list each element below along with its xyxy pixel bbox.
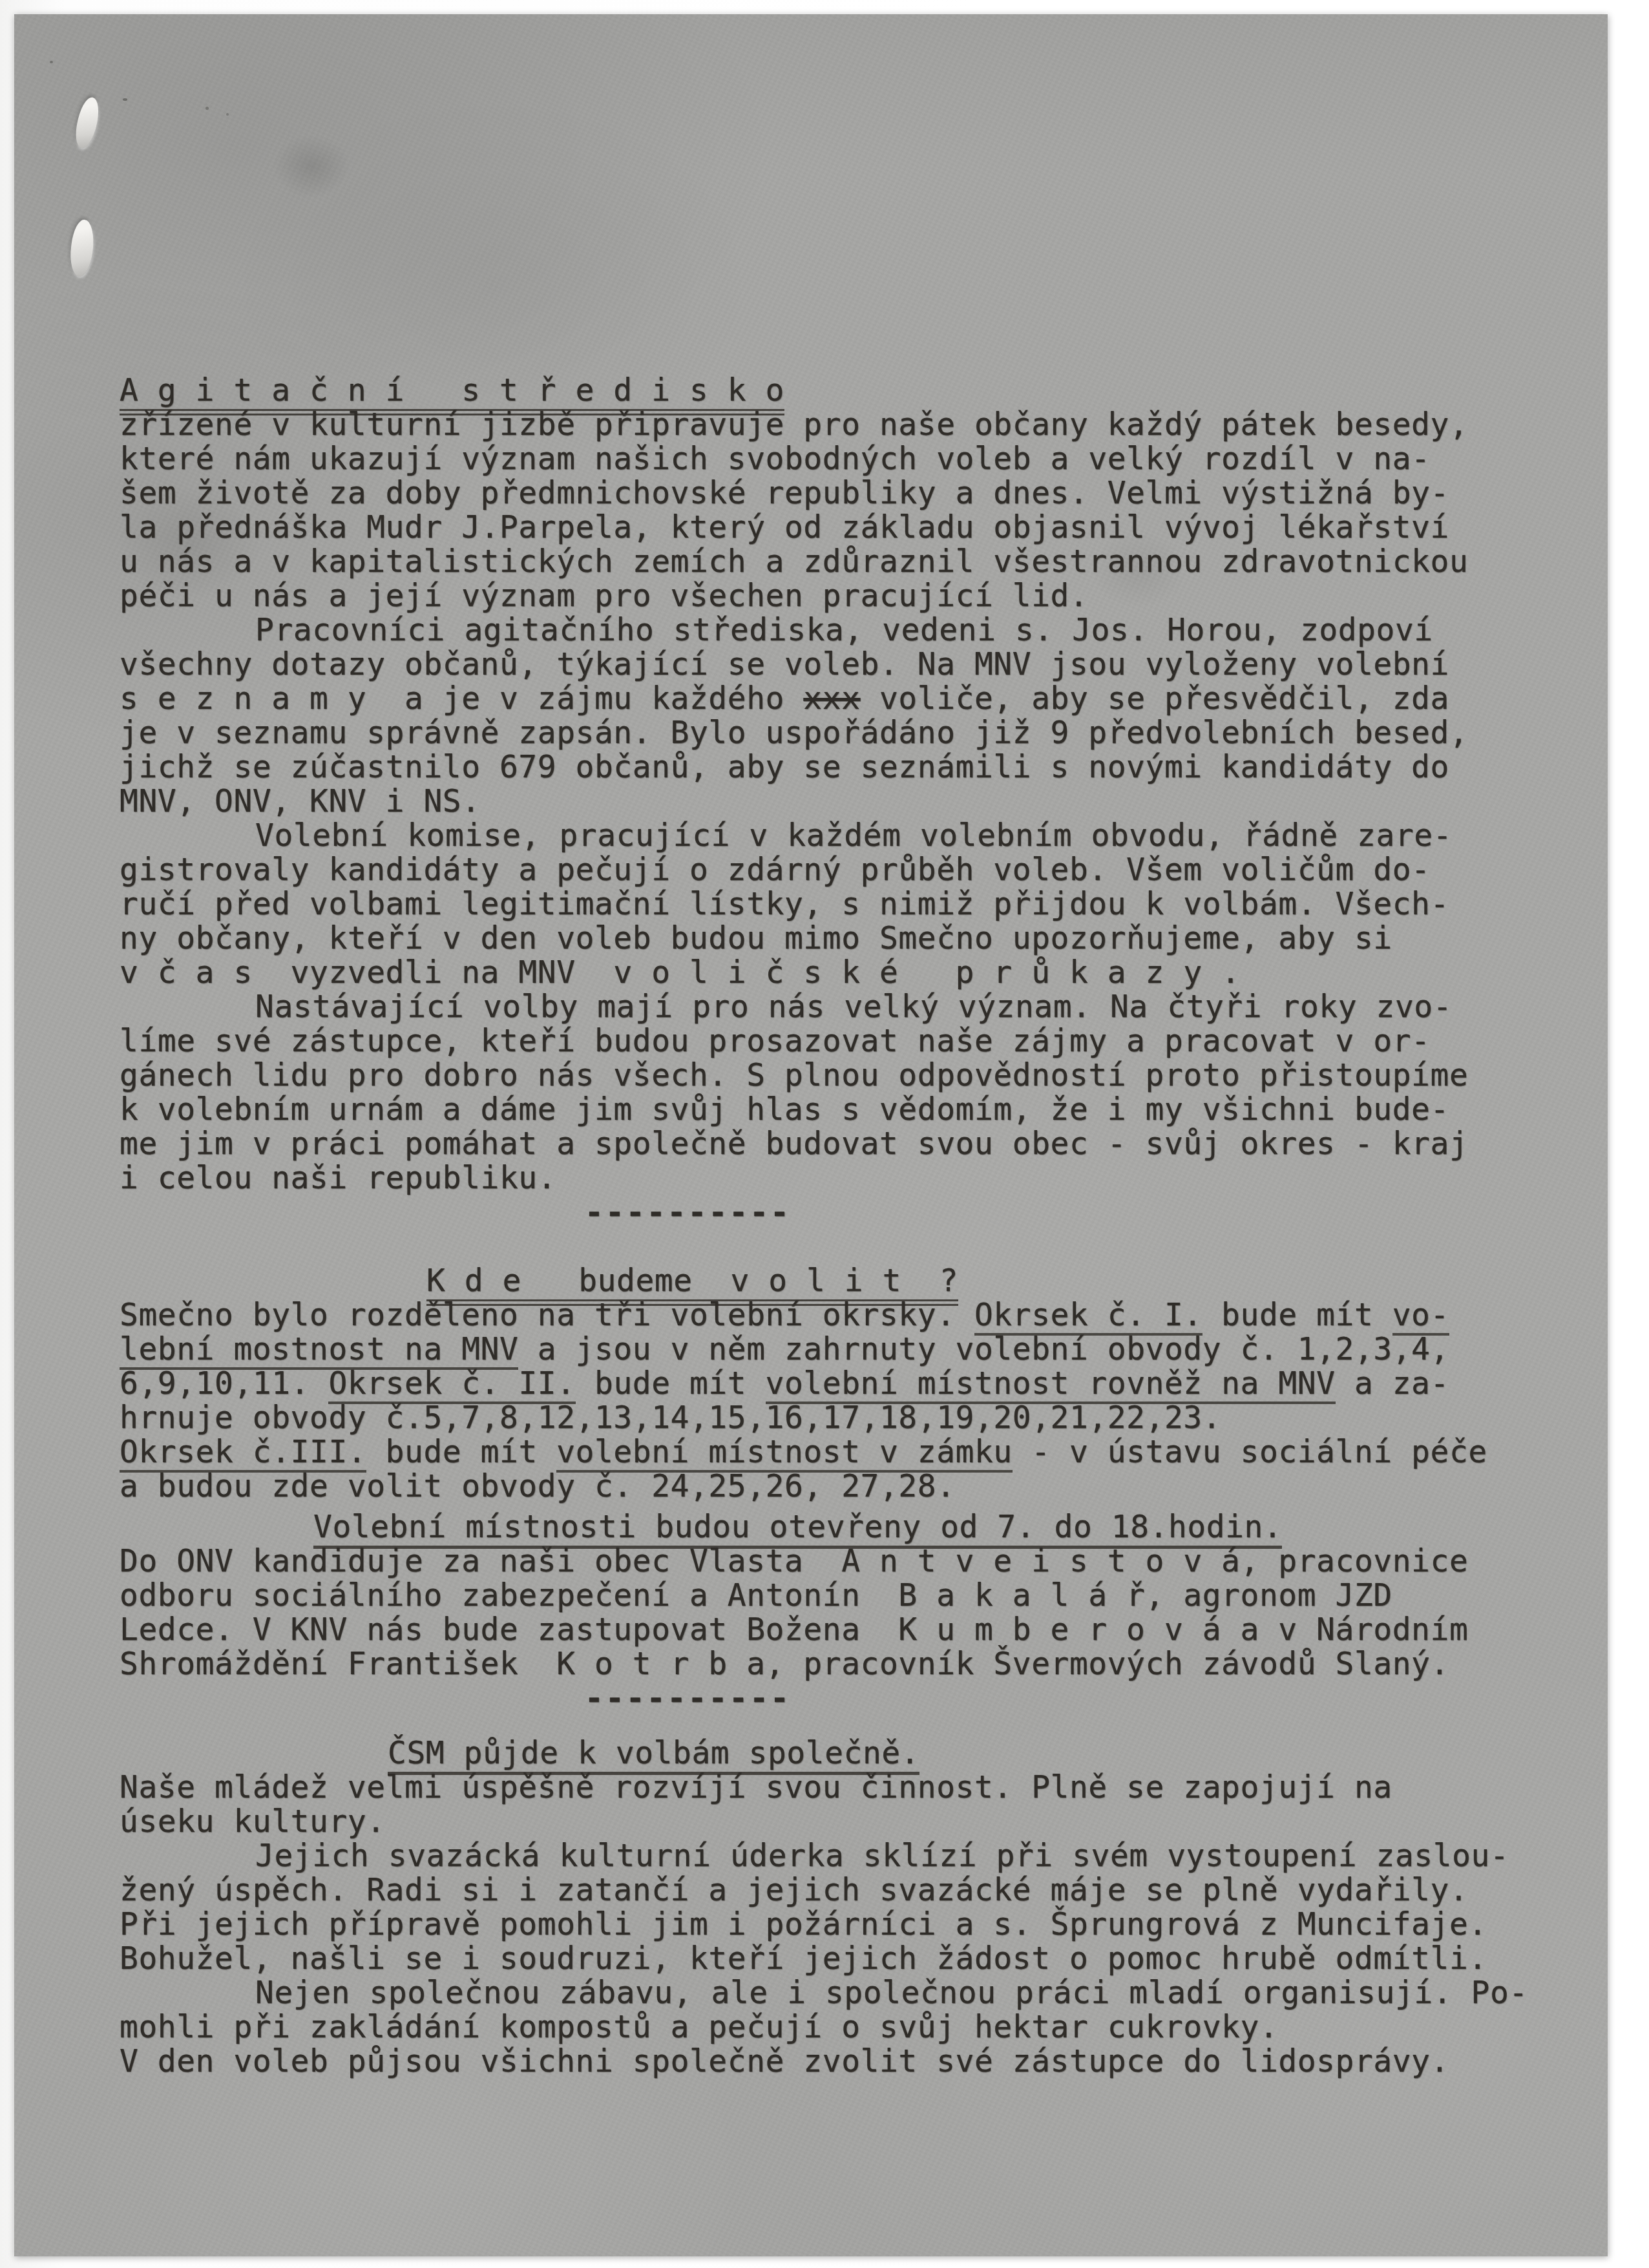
separator-1: ---------- [120, 1195, 1567, 1230]
para-mladez-line: úseku kultury. [120, 1805, 1567, 1839]
text-segment: Volební komise, pracující v každém voleb… [255, 817, 1452, 854]
para-agitacni-stredisko-line: u nás a v kapitalistických zemích a zdůr… [120, 545, 1567, 579]
heading-agitacni-stredisko: A g i t a č n í s t ř e d i s k o [120, 373, 1567, 408]
text-segment: i celou naši republiku. [120, 1160, 556, 1196]
heading-kde-budeme-volit: K d e budeme v o l i t ? [120, 1264, 1567, 1298]
scan-background: A g i t a č n í s t ř e d i s k ozřízené… [0, 0, 1649, 2268]
text-segment: je v seznamu správně zapsán. Bylo uspořá… [120, 715, 1468, 751]
text-segment: Smečno bylo rozděleno na tři volební okr… [120, 1297, 974, 1333]
text-segment: gistrovaly kandidáty a pečují o zdárný p… [120, 852, 1431, 888]
text-segment: zřízené v kulturní jizbě připravuje pro … [120, 406, 1468, 443]
text-segment: šem životě za doby předmnichovské republ… [120, 475, 1449, 511]
para-okrsky-line: Smečno bylo rozděleno na tři volební okr… [120, 1298, 1567, 1332]
heading-volebni-mistnosti: Volební místnosti budou otevřeny od 7. d… [120, 1510, 1567, 1544]
para-uderka-line: Bohužel, našli se i soudruzi, kteří jeji… [120, 1942, 1567, 1976]
text-segment: které nám ukazují význam našich svobodný… [120, 441, 1431, 477]
text-segment: bude mít [366, 1434, 556, 1470]
scanned-page: A g i t a č n í s t ř e d i s k ozřízené… [14, 14, 1608, 2256]
text-segment: Ledce. V KNV nás bude zastupovat Božena … [120, 1612, 1468, 1648]
underlined-text: vo- [1392, 1297, 1449, 1336]
para-kandidati-line: Do ONV kandiduje za naši obec Vlasta A n… [120, 1544, 1567, 1579]
para-pracovnici-line: MNV, ONV, KNV i NS. [120, 784, 1567, 819]
struck-text: xxx [803, 680, 860, 717]
text-segment: Do ONV kandiduje za naši obec Vlasta A n… [120, 1543, 1468, 1579]
text-segment: a jsou v něm zahrnuty volební obvody č. … [518, 1331, 1449, 1367]
text-segment: - v ústavu sociální péče [1013, 1434, 1487, 1470]
para-okrsky-line: hrnuje obvody č.5,7,8,12,13,14,15,16,17,… [120, 1401, 1567, 1435]
para-pracovnici-line: jichž se zúčastnilo 679 občanů, aby se s… [120, 750, 1567, 784]
para-agitacni-stredisko-line: péči u nás a její význam pro všechen pra… [120, 579, 1567, 613]
para-agitacni-stredisko-line: šem životě za doby předmnichovské republ… [120, 476, 1567, 510]
para-agitacni-stredisko-line: které nám ukazují význam našich svobodný… [120, 442, 1567, 476]
para-mladez-line: Naše mládež velmi úspěšně rozvíjí svou č… [120, 1770, 1567, 1805]
text-segment: všechny dotazy občanů, týkající se voleb… [120, 646, 1449, 682]
para-volebni-komise-line: v č a s vyzvedli na MNV v o l i č s k é … [120, 956, 1567, 990]
text-segment: Naše mládež velmi úspěšně rozvíjí svou č… [120, 1769, 1392, 1805]
text-segment: mohli při zakládání kompostů a pečují o … [120, 2009, 1278, 2045]
text-segment: la přednáška Mudr J.Parpela, který od zá… [120, 509, 1449, 545]
text-segment: odboru sociálního zabezpečení a Antonín … [120, 1577, 1392, 1613]
text-segment: péči u nás a její význam pro všechen pra… [120, 578, 1088, 614]
text-segment: 6,9,10,11. [120, 1365, 328, 1402]
text-segment: Shromáždění František K o t r b a, praco… [120, 1646, 1449, 1682]
text-segment: Pracovníci agitačního střediska, vedeni … [255, 612, 1433, 648]
underlined-text: lební mostnost na MNV [120, 1331, 518, 1370]
underlined-text: Okrsek č. II. [328, 1365, 575, 1404]
heading-csm: ČSM půjde k volbám společně. [120, 1736, 1567, 1770]
para-volebni-komise-line: ručí před volbami legitimační lístky, s … [120, 887, 1567, 921]
para-agitacni-stredisko-line: la přednáška Mudr J.Parpela, který od zá… [120, 510, 1567, 545]
para-kandidati-line: Shromáždění František K o t r b a, praco… [120, 1647, 1567, 1681]
para-kandidati-line: Ledce. V KNV nás bude zastupovat Božena … [120, 1613, 1567, 1647]
text-segment: žený úspěch. Radi si i zatančí a jejich … [120, 1872, 1468, 1908]
text-segment: úseku kultury. [120, 1803, 386, 1840]
para-pracovnici-line: s e z n a m y a je v zájmu každého xxx v… [120, 682, 1567, 716]
text-segment: s e z n a m y a je v zájmu každého [120, 680, 803, 717]
para-nastavajici-volby-line: gánech lidu pro dobro nás všech. S plnou… [120, 1058, 1567, 1093]
text-segment: v č a s vyzvedli na MNV v o l i č s k é … [120, 954, 1241, 991]
para-volebni-komise-line: ny občany, kteří v den voleb budou mimo … [120, 921, 1567, 956]
para-kandidati-line: odboru sociálního zabezpečení a Antonín … [120, 1579, 1567, 1613]
text-segment: líme své zástupce, kteří budou prosazova… [120, 1023, 1431, 1059]
text-segment: ručí před volbami legitimační lístky, s … [120, 886, 1449, 922]
para-pracovnici-line: všechny dotazy občanů, týkající se voleb… [120, 647, 1567, 682]
underlined-text: volební místnost rovněž na MNV [766, 1365, 1336, 1404]
para-pracovnici-line: Pracovníci agitačního střediska, vedeni … [120, 613, 1567, 647]
para-okrsky-line: lební mostnost na MNV a jsou v něm zahrn… [120, 1332, 1567, 1367]
text-segment: u nás a v kapitalistických zemích a zdůr… [120, 543, 1468, 580]
text-segment: bude mít [576, 1365, 766, 1402]
para-volebni-komise-line: gistrovaly kandidáty a pečují o zdárný p… [120, 853, 1567, 887]
text-segment: MNV, ONV, KNV i NS. [120, 783, 481, 819]
text-segment: jichž se zúčastnilo 679 občanů, aby se s… [120, 749, 1449, 785]
text-segment: voliče, aby se přesvědčil, zda [861, 680, 1449, 717]
paper-speck [50, 61, 53, 63]
para-uderka-line: Při jejich přípravě pomohli jim i požárn… [120, 1907, 1567, 1942]
text-segment: k volebním urnám a dáme jim svůj hlas s … [120, 1091, 1449, 1128]
staple-mark [72, 96, 103, 151]
underlined-text: Okrsek č. I. [974, 1297, 1203, 1336]
separator-2: ---------- [120, 1681, 1567, 1716]
text-segment: a za- [1336, 1365, 1449, 1402]
text-segment: Nejen společnou zábavu, ale i společnou … [255, 1975, 1528, 2011]
para-okrsky-line: Okrsek č.III. bude mít volební místnost … [120, 1435, 1567, 1469]
text-segment: V den voleb půjsou všichni společně zvol… [120, 2043, 1449, 2079]
text-segment: Bohužel, našli se i soudruzi, kteří jeji… [120, 1940, 1487, 1977]
para-nastavajici-volby-line: Nastávající volby mají pro nás velký výz… [120, 990, 1567, 1024]
para-nastavajici-volby-line: i celou naši republiku. [120, 1161, 1567, 1195]
para-agitacni-stredisko-line: zřízené v kulturní jizbě připravuje pro … [120, 408, 1567, 442]
text-segment: hrnuje obvody č.5,7,8,12,13,14,15,16,17,… [120, 1400, 1221, 1436]
text-segment: a budou zde volit obvody č. 24,25,26, 27… [120, 1468, 956, 1504]
para-nastavajici-volby-line: k volebním urnám a dáme jim svůj hlas s … [120, 1093, 1567, 1127]
para-pracovnici-line: je v seznamu správně zapsán. Bylo uspořá… [120, 716, 1567, 750]
document-text: A g i t a č n í s t ř e d i s k ozřízené… [120, 14, 1567, 2079]
underlined-text: volební místnost v zámku [556, 1434, 1013, 1473]
para-uderka-line: žený úspěch. Radi si i zatančí a jejich … [120, 1873, 1567, 1907]
text-segment: ny občany, kteří v den voleb budou mimo … [120, 920, 1392, 956]
text-segment: bude mít [1203, 1297, 1392, 1333]
para-nastavajici-volby-line: líme své zástupce, kteří budou prosazova… [120, 1024, 1567, 1058]
para-volebni-komise-line: Volební komise, pracující v každém voleb… [120, 819, 1567, 853]
para-okrsky-line: a budou zde volit obvody č. 24,25,26, 27… [120, 1469, 1567, 1504]
text-segment: gánech lidu pro dobro nás všech. S plnou… [120, 1057, 1468, 1093]
para-komposty-line: V den voleb půjsou všichni společně zvol… [120, 2044, 1567, 2079]
staple-mark [68, 218, 96, 277]
text-segment: me jim v práci pomáhat a společně budova… [120, 1126, 1468, 1162]
text-segment: Nastávající volby mají pro nás velký výz… [255, 989, 1452, 1025]
text-segment: Jejich svazácká kulturní úderka sklízí p… [255, 1838, 1509, 1874]
para-komposty-line: Nejen společnou zábavu, ale i společnou … [120, 1976, 1567, 2010]
para-komposty-line: mohli při zakládání kompostů a pečují o … [120, 2010, 1567, 2044]
underlined-text: Okrsek č.III. [120, 1434, 366, 1473]
para-uderka-line: Jejich svazácká kulturní úderka sklízí p… [120, 1839, 1567, 1873]
para-nastavajici-volby-line: me jim v práci pomáhat a společně budova… [120, 1127, 1567, 1161]
para-okrsky-line: 6,9,10,11. Okrsek č. II. bude mít volebn… [120, 1367, 1567, 1401]
text-segment: Při jejich přípravě pomohli jim i požárn… [120, 1906, 1487, 1942]
